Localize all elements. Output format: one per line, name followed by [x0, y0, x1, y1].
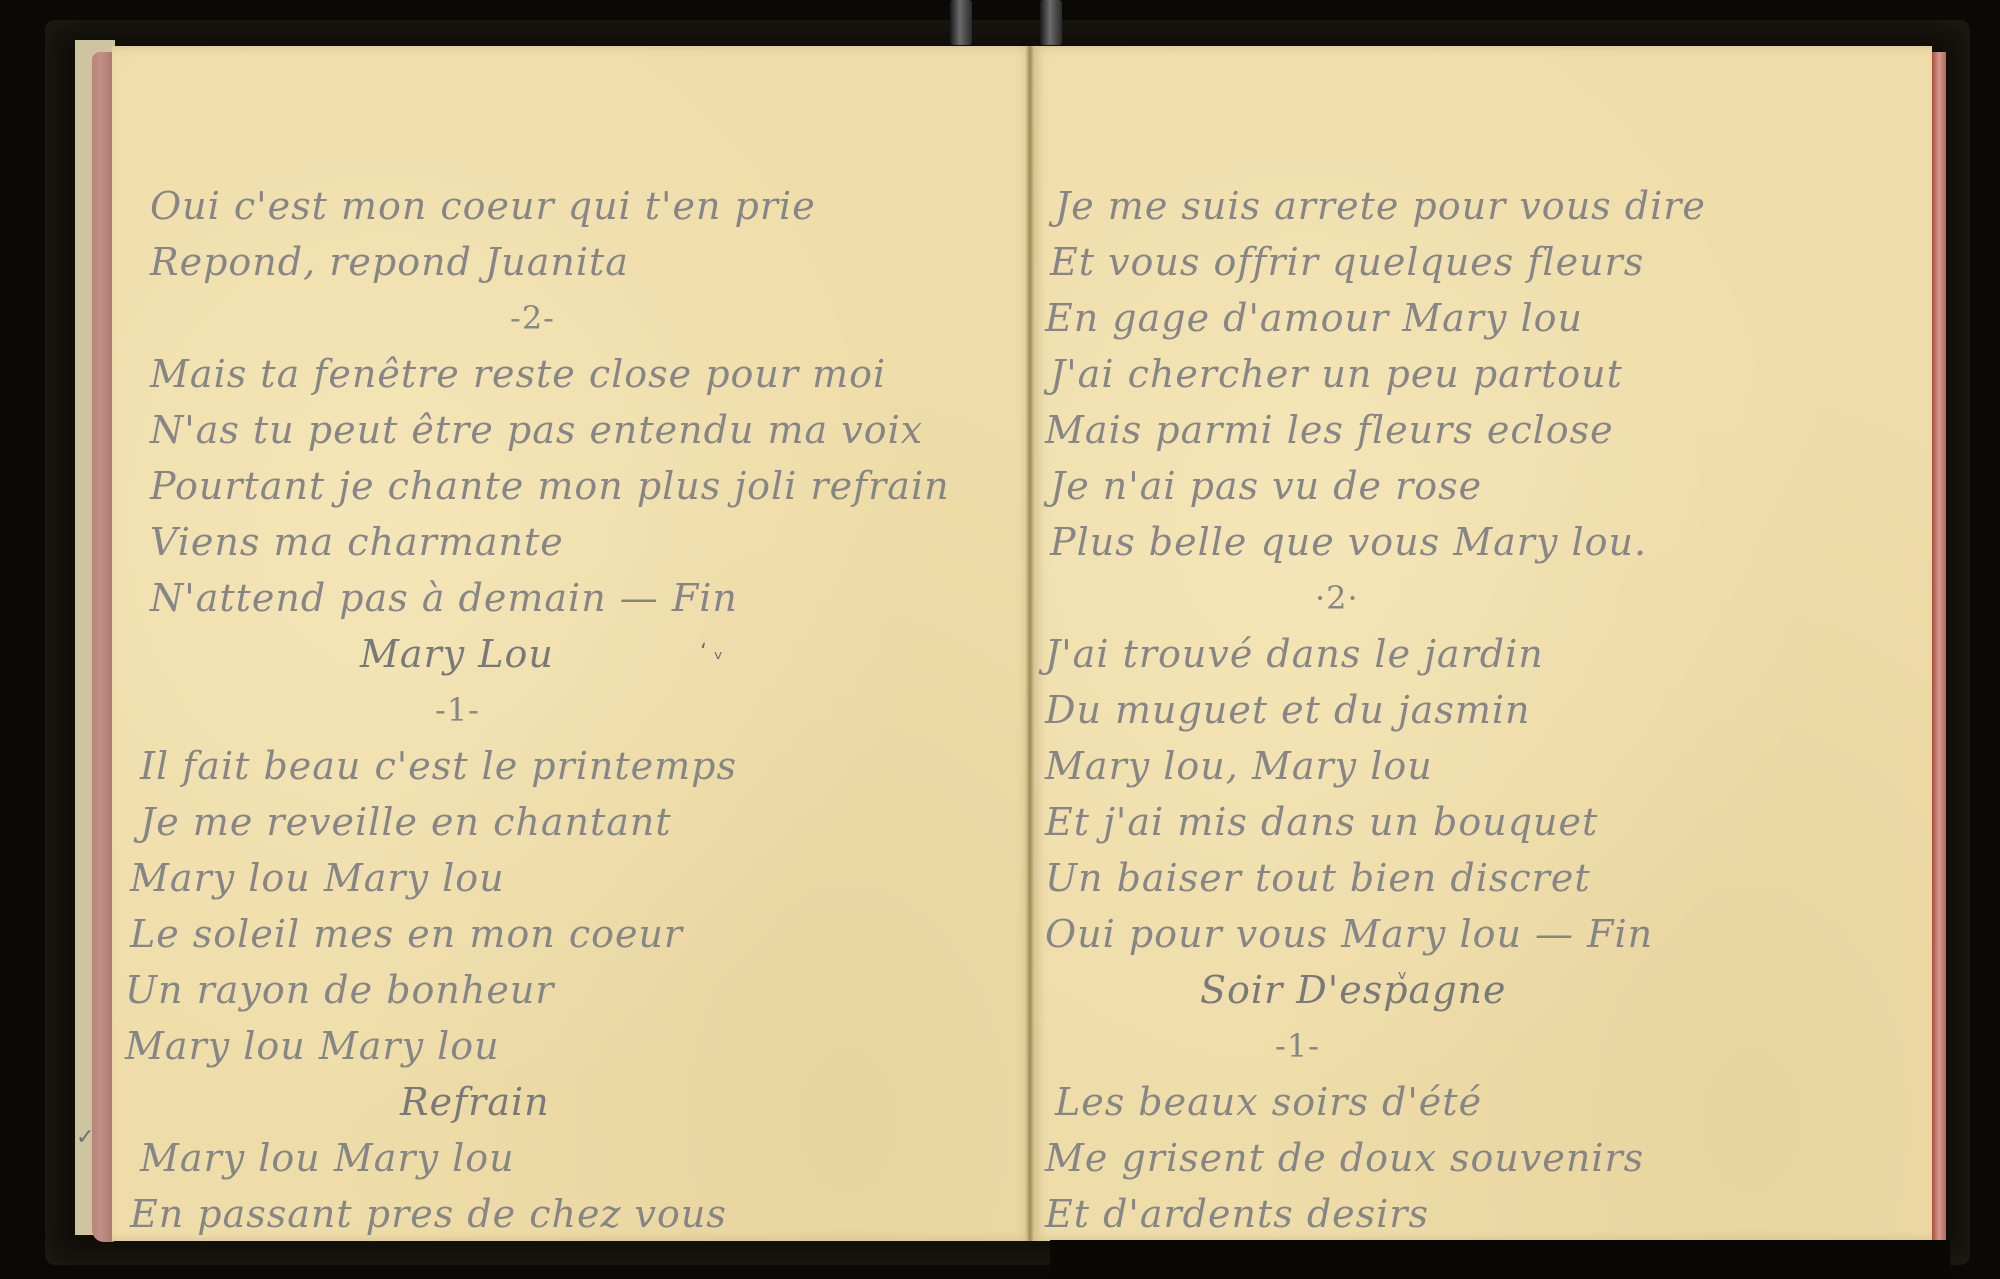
verse-line: Je me reveille en chantant [140, 794, 672, 850]
pencil-mark: ᵥ [1398, 960, 1407, 985]
verse-line: Repond, repond Juanita [150, 234, 629, 290]
page-gutter [1026, 46, 1034, 1241]
page-edge-right [1932, 52, 1946, 1242]
refrain-heading: Refrain [400, 1074, 550, 1130]
verse-line: En gage d'amour Mary lou [1045, 290, 1583, 346]
verse-line: Et d'ardents desirs [1045, 1186, 1429, 1242]
verse-line: Oui pour vous Mary lou — Fin [1045, 906, 1653, 962]
binding-clip [1040, 0, 1062, 45]
verse-line: Me grisent de doux souvenirs [1045, 1130, 1644, 1186]
verse-line: Et j'ai mis dans un bouquet [1045, 794, 1598, 850]
verse-line: Et vous offrir quelques fleurs [1050, 234, 1644, 290]
verse-line: Oui c'est mon coeur qui t'en prie [150, 178, 816, 234]
verse-line: Mais parmi les fleurs eclose [1045, 402, 1614, 458]
verse-line: Mais ta fenêtre reste close pour moi [150, 346, 886, 402]
verse-line: Le soleil mes en mon coeur [130, 906, 683, 962]
verse-line: Les beaux soirs d'été [1055, 1074, 1482, 1130]
verse-line: Pourtant je chante mon plus joli refrain [150, 458, 950, 514]
verse-line: Je n'ai pas vu de rose [1050, 458, 1482, 514]
verse-number: -2- [510, 290, 555, 346]
verse-line: Mary lou Mary lou [125, 1018, 500, 1074]
verse-number: ·2· [1315, 570, 1359, 626]
verse-line: Mary lou Mary lou [140, 1130, 515, 1186]
verse-line: Mary lou Mary lou [130, 850, 505, 906]
verse-line: Je me suis arrete pour vous dire [1055, 178, 1706, 234]
verse-number: -1- [435, 682, 480, 738]
song-title: Soir D'espagne [1200, 962, 1506, 1018]
cover-bottom [1050, 1240, 1950, 1279]
verse-line: N'as tu peut être pas entendu ma voix [150, 402, 923, 458]
verse-line: J'ai trouvé dans le jardin [1045, 626, 1544, 682]
verse-line: Il fait beau c'est le printemps [140, 738, 737, 794]
verse-line: Un rayon de bonheur [125, 962, 554, 1018]
margin-checkmark: ✓ [76, 1125, 94, 1150]
verse-line: Un baiser tout bien discret [1045, 850, 1591, 906]
verse-line: J'ai chercher un peu partout [1050, 346, 1623, 402]
verse-number: -1- [1275, 1018, 1320, 1074]
song-title: Mary Lou [360, 626, 554, 682]
binding-clip [950, 0, 972, 45]
pencil-mark: ʻ ᵥ [700, 640, 723, 665]
verse-line: Du muguet et du jasmin [1045, 682, 1530, 738]
verse-line: N'attend pas à demain — Fin [150, 570, 738, 626]
page-edge-left [92, 52, 114, 1242]
verse-line: Viens ma charmante [150, 514, 564, 570]
verse-line: Plus belle que vous Mary lou. [1050, 514, 1647, 570]
verse-line: En passant pres de chez vous [130, 1186, 727, 1242]
verse-line: Mary lou, Mary lou [1045, 738, 1433, 794]
